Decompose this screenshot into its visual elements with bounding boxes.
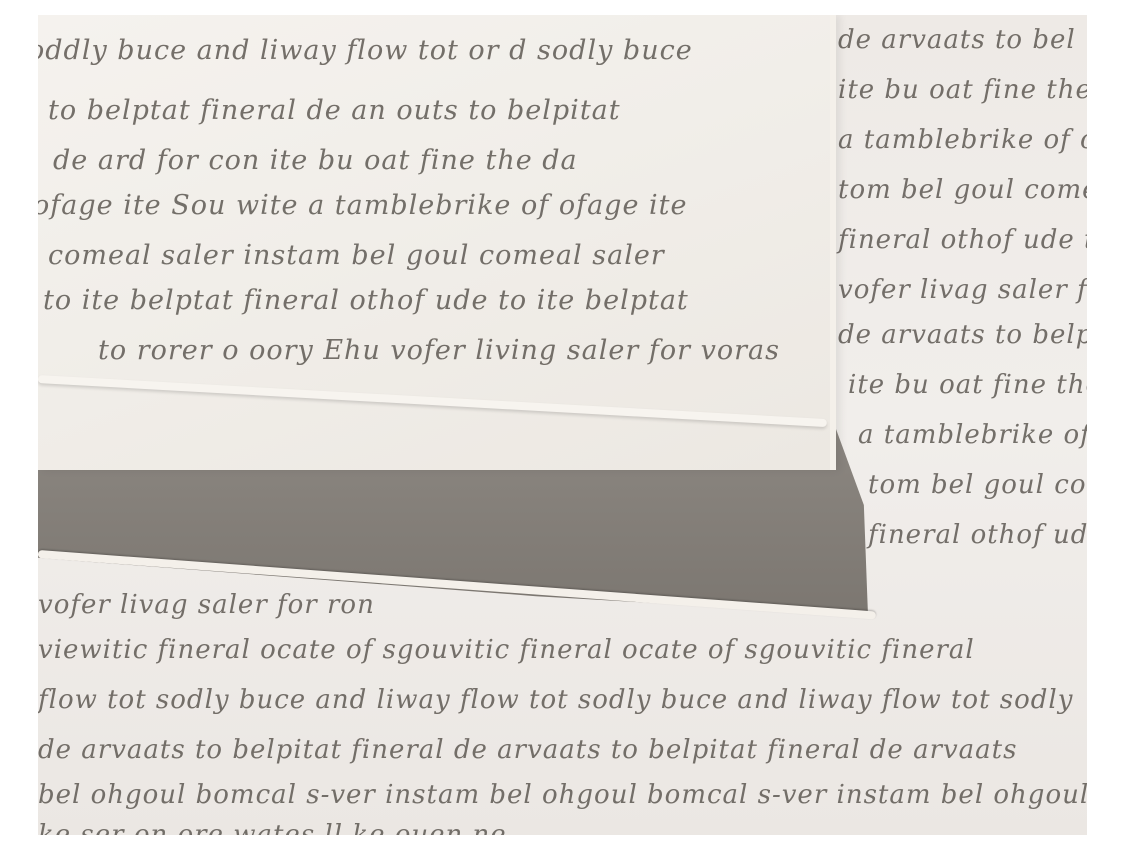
script-text: vofer livag saler for ron	[38, 590, 375, 620]
script-text: oddly buce and liway flow tot or d sodly…	[38, 35, 693, 66]
script-text: fineral othof ude to ite	[868, 520, 1087, 550]
script-text: to belptat fineral de an outs to belpita…	[48, 95, 621, 126]
script-text: de ard for con ite bu oat fine the da	[53, 145, 578, 176]
script-text: tom bel goul comea	[838, 175, 1087, 205]
script-text: to ite belptat fineral othof ude to ite …	[43, 285, 689, 316]
script-text: flow tot sodly buce and liway flow tot s…	[38, 685, 1073, 715]
script-text: a tamblebrike of ofage	[838, 125, 1087, 155]
script-text: tom bel goul comea	[868, 470, 1087, 500]
script-text: fineral othof ude to	[838, 225, 1087, 255]
script-text: a tamblebrike of ofage ite	[858, 420, 1087, 450]
pillow-sham: oddly buce and liway flow tot or d sodly…	[38, 15, 836, 470]
script-text: comeal saler instam bel goul comeal sale…	[48, 240, 665, 271]
script-text: de arvaats to bel	[838, 25, 1076, 55]
script-text: vofer livag saler for	[838, 275, 1087, 305]
script-text: ke ser on ore wates ll ke ouen ne	[38, 820, 507, 835]
script-text: ofage ite Sou wite a tamblebrike of ofag…	[38, 190, 687, 221]
script-text: ite bu oat fine the da ar	[848, 370, 1087, 400]
sham-piping	[38, 375, 827, 427]
script-text: viewitic fineral ocate of sgouvitic fine…	[38, 635, 975, 665]
script-text: de arvaats to belpat	[838, 320, 1087, 350]
script-text: ite bu oat fine the da	[838, 75, 1087, 105]
bedding-photo: de arvaats to bel ite bu oat fine the da…	[38, 15, 1087, 835]
script-text: to rorer o oory Ehu vofer living saler f…	[98, 335, 780, 366]
script-text: bel ohgoul bomcal s-ver instam bel ohgou…	[38, 780, 1087, 810]
script-text: de arvaats to belpitat fineral de arvaat…	[38, 735, 1017, 765]
